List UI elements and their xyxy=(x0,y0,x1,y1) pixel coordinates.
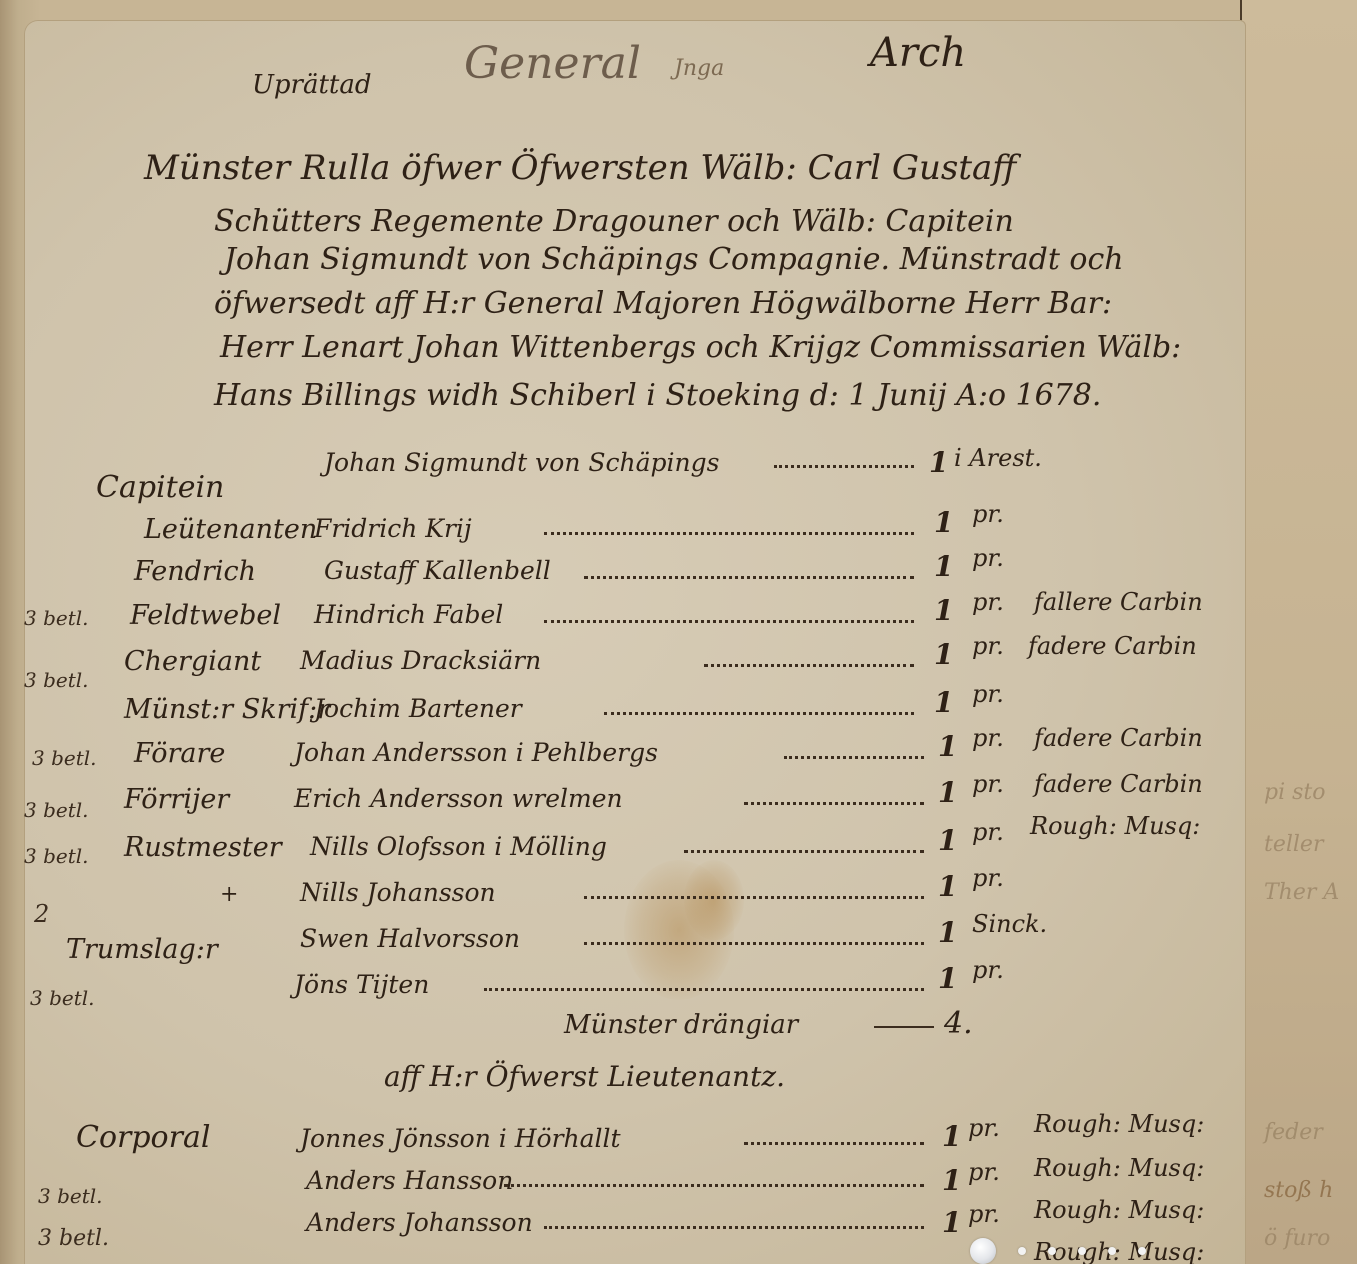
heading-line-6: Hans Billings widh Schiberl i Stoeking d… xyxy=(214,378,1101,413)
row-item: pr. xyxy=(972,864,1004,892)
leader-dots xyxy=(584,942,924,945)
row-qty: 1 xyxy=(942,1164,961,1197)
leader-dots xyxy=(784,756,924,759)
row-qty: 1 xyxy=(929,446,948,479)
row-qty: 1 xyxy=(942,1206,961,1239)
leader-dots xyxy=(604,712,914,715)
row-name: Anders Johansson xyxy=(306,1208,533,1237)
heading-top-left: Uprättad xyxy=(252,70,372,100)
row-rank: Förare xyxy=(134,738,225,769)
row-item: pr. xyxy=(972,544,1004,572)
row-qty: 1 xyxy=(934,686,953,719)
row-rank: Corporal xyxy=(76,1120,210,1155)
adjacent-fragment: stoß h xyxy=(1264,1178,1333,1203)
row-rank: Capitein xyxy=(96,470,224,505)
adjacent-fragment: ö furo xyxy=(1264,1226,1330,1251)
row-note: fallere Carbin xyxy=(1034,588,1203,616)
carousel-dot[interactable] xyxy=(1018,1247,1026,1255)
leader-dots xyxy=(544,1226,924,1229)
heading-small: Jnga xyxy=(674,56,724,81)
adjacent-fragment: pi sto xyxy=(1264,780,1326,805)
row-rank: Leütenanten xyxy=(144,514,317,545)
row-name: Jochim Bartener xyxy=(314,694,522,723)
margin-note: 3 betl. xyxy=(32,746,97,770)
row-rank: Chergiant xyxy=(124,646,261,677)
row-rank: Trumslag:r xyxy=(66,934,218,965)
row-item: pr. xyxy=(972,724,1004,752)
leader-dots xyxy=(544,532,914,535)
row-qty: 1 xyxy=(934,506,953,539)
row-qty: 1 xyxy=(938,824,957,857)
leader-dots xyxy=(704,664,914,667)
row-name: Fridrich Krij xyxy=(314,514,472,543)
carousel-dot[interactable] xyxy=(1078,1247,1086,1255)
row-note: Rough: Musq: xyxy=(1034,1154,1204,1182)
row-qty: 1 xyxy=(942,1120,961,1153)
row-qty: 1 xyxy=(938,962,957,995)
section-heading: aff H:r Öfwerst Lieutenantz. xyxy=(384,1060,785,1093)
row-name: Madius Dracksiärn xyxy=(300,646,541,675)
margin-note: 2 xyxy=(34,900,49,928)
row-item: pr. xyxy=(972,956,1004,984)
leader-dots xyxy=(504,1184,924,1187)
margin-note: 3 betl. xyxy=(24,606,89,630)
row-note: fadere Carbin xyxy=(1028,632,1197,660)
adjacent-sheet: pi sto teller Ther A feder stoß h ö furo xyxy=(1240,0,1357,1264)
margin-note: 3 betl. xyxy=(38,1226,109,1251)
row-note: fadere Carbin xyxy=(1034,770,1203,798)
manuscript-page: Uprättad General Jnga Arch Münster Rulla… xyxy=(24,20,1246,1264)
row-name: Nills Johansson xyxy=(300,878,496,907)
leader-dots xyxy=(544,620,914,623)
heading-line-5: Herr Lenart Johan Wittenbergs och Krijgz… xyxy=(220,330,1181,365)
row-rank: Förrijer xyxy=(124,784,229,815)
row-name: Erich Andersson wrelmen xyxy=(294,784,623,813)
row-name: Jöns Tijten xyxy=(294,970,429,999)
row-qty: 1 xyxy=(938,916,957,949)
row-qty: 1 xyxy=(934,550,953,583)
heading-line-3: Johan Sigmundt von Schäpings Compagnie. … xyxy=(224,242,1124,277)
row-qty: 1 xyxy=(938,776,957,809)
adjacent-fragment: teller xyxy=(1264,832,1323,857)
row-item: pr. xyxy=(972,632,1004,660)
carousel-dot[interactable] xyxy=(1108,1247,1116,1255)
carousel-dot-active[interactable] xyxy=(970,1238,996,1264)
leader-dots xyxy=(744,1142,924,1145)
row-rank: Rustmester xyxy=(124,832,282,863)
row-name: Hindrich Fabel xyxy=(314,600,503,629)
subtotal-label: Münster drängiar xyxy=(564,1010,798,1040)
leader-line xyxy=(874,1026,934,1028)
row-qty: 1 xyxy=(934,594,953,627)
water-stain xyxy=(684,860,744,940)
margin-note: 3 betl. xyxy=(30,986,95,1010)
row-note: fadere Carbin xyxy=(1034,724,1203,752)
row-item: pr. xyxy=(972,680,1004,708)
image-carousel-indicator xyxy=(970,1238,1146,1264)
adjacent-fragment: Ther A xyxy=(1264,880,1339,905)
row-name: Anders Hansson xyxy=(306,1166,513,1195)
leader-dots xyxy=(584,576,914,579)
row-item: Sinck. xyxy=(972,910,1047,938)
leader-dots xyxy=(484,988,924,991)
row-note: Rough: Musq: xyxy=(1034,1110,1204,1138)
row-item: pr. xyxy=(972,500,1004,528)
leader-dots xyxy=(584,896,924,899)
row-item: pr. xyxy=(968,1114,1000,1142)
row-rank: Fendrich xyxy=(134,556,256,587)
row-item: pr. xyxy=(968,1200,1000,1228)
row-name: Johan Sigmundt von Schäpings xyxy=(324,448,719,477)
carousel-dot[interactable] xyxy=(1048,1247,1056,1255)
row-qty: 1 xyxy=(938,730,957,763)
heading-line-1: Münster Rulla öfwer Öfwersten Wälb: Carl… xyxy=(144,148,1016,188)
row-item: pr. xyxy=(972,818,1004,846)
leader-dots xyxy=(684,850,924,853)
heading-line-2: Schütters Regemente Dragouner och Wälb: … xyxy=(214,204,1014,239)
heading-top-right: Arch xyxy=(870,30,966,76)
margin-note: 3 betl. xyxy=(24,844,89,868)
row-name: Johan Andersson i Pehlbergs xyxy=(294,738,658,767)
margin-note: 3 betl. xyxy=(24,668,89,692)
carousel-dot[interactable] xyxy=(1138,1247,1146,1255)
row-rank: Feldtwebel xyxy=(130,600,281,631)
row-qty: 1 xyxy=(934,638,953,671)
row-name: Gustaff Kallenbell xyxy=(324,556,551,585)
margin-note: 3 betl. xyxy=(24,798,89,822)
row-note: Rough: Musq: xyxy=(1034,1196,1204,1224)
row-name: Jonnes Jönsson i Hörhallt xyxy=(300,1124,621,1153)
subtotal-value: 4. xyxy=(944,1006,973,1041)
adjacent-fragment: feder xyxy=(1264,1120,1323,1145)
heading-line-4: öfwersedt aff H:r General Majoren Högwäl… xyxy=(214,286,1112,321)
row-item: pr. xyxy=(968,1158,1000,1186)
leader-dots xyxy=(774,465,914,468)
margin-note: 3 betl. xyxy=(38,1184,103,1208)
cross-mark: + xyxy=(220,882,238,907)
row-rank: Münst:r Skrif:r xyxy=(124,694,330,725)
heading-general: General xyxy=(464,38,641,89)
row-name: Swen Halvorsson xyxy=(300,924,520,953)
row-item: pr. xyxy=(972,588,1004,616)
row-item: pr. xyxy=(972,770,1004,798)
row-name: Nills Olofsson i Mölling xyxy=(310,832,607,861)
leader-dots xyxy=(744,802,924,805)
row-note: Rough: Musq: xyxy=(1030,812,1200,840)
row-qty: 1 xyxy=(938,870,957,903)
row-item: i Arest. xyxy=(954,444,1042,472)
